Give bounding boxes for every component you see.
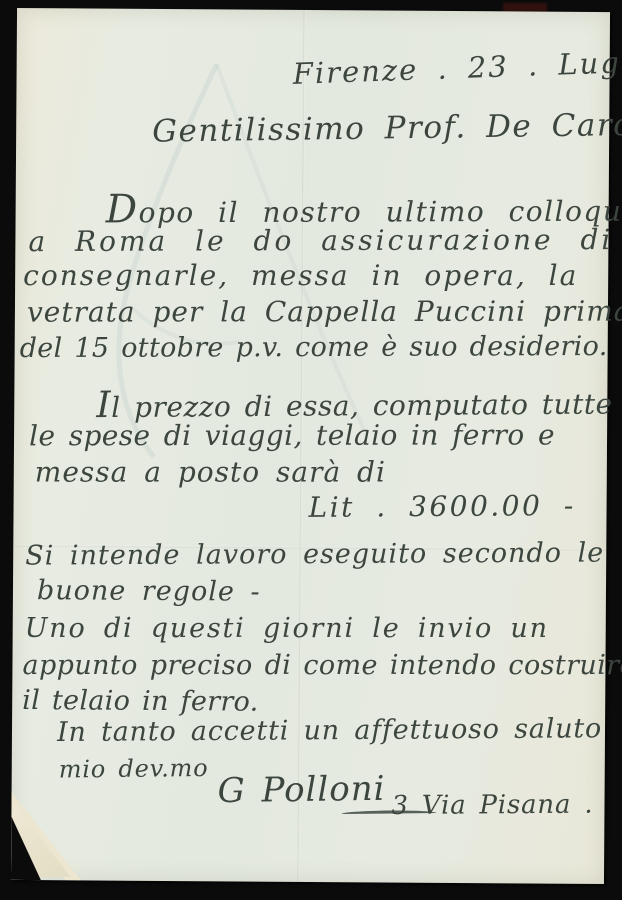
body-line: vetrata per la Cappella Puccini prima (27, 297, 622, 329)
salutation: Gentilissimo Prof. De Carolis - (152, 107, 622, 149)
closing-valediction: mio dev.mo (59, 755, 209, 783)
body-line: buone regole - (37, 576, 261, 607)
body-line: del 15 ottobre p.v. come è suo desiderio… (20, 332, 608, 364)
closing-line: In tanto accetti un affettuoso saluto (57, 714, 602, 747)
body-line: Si intende lavoro eseguito secondo le (25, 539, 604, 572)
dateline: Firenze . 23 . Luglio 26 (292, 44, 622, 91)
body-line: a Roma le do assicurazione di (28, 225, 613, 258)
body-line: appunto preciso di come intendo costruir… (22, 651, 622, 681)
letter-paper: Firenze . 23 . Luglio 26 Gentilissimo Pr… (11, 8, 610, 884)
scan-background: Firenze . 23 . Luglio 26 Gentilissimo Pr… (0, 0, 622, 900)
signature: G Polloni (217, 771, 385, 811)
body-line: le spese di viaggi, telaio in ferro e (29, 420, 555, 452)
body-line: il telaio in ferro. (22, 686, 259, 717)
body-line: consegnarle, messa in opera, la (23, 261, 578, 292)
body-line: messa a posto sarà di (35, 457, 386, 488)
price-line: Lit . 3600.00 - (308, 491, 575, 524)
body-line: Uno di questi giorni le invio un (25, 614, 549, 644)
sender-address: 3 Via Pisana . (391, 791, 593, 821)
